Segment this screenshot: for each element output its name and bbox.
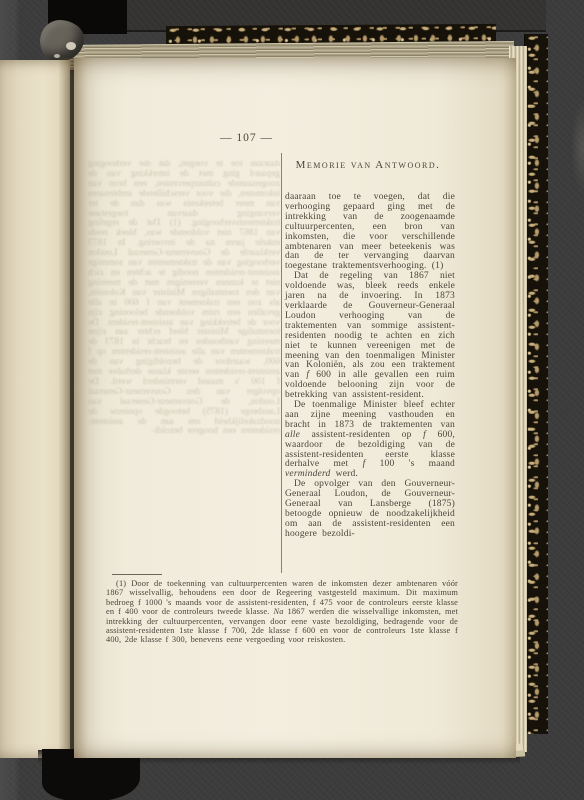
footnote-text: (1) Door de toekenning van cultuurpercen…: [106, 579, 458, 645]
bleedthrough-texture: daaraan toe te voegen, dat die verhoogin…: [88, 160, 280, 570]
paragraph: Dat de regeling van 1867 niet voldoende …: [285, 272, 455, 401]
running-header: Memorie van Antwoord.: [288, 159, 448, 171]
scanned-book-photo: daaraan toe te voegen, dat die verhoogin…: [0, 0, 584, 800]
scanned-page: daaraan toe te voegen, dat die verhoogin…: [74, 58, 516, 758]
footnote-separator: [112, 574, 162, 575]
paragraph: daaraan toe te voegen, dat die verhoogin…: [285, 193, 455, 272]
page-number: — 107 —: [174, 132, 319, 144]
paragraph: De opvolger van den Gouverneur-Generaal …: [285, 480, 455, 539]
scanner-glare: [571, 100, 584, 195]
paragraph: De toenmalige Minister bleef echter aan …: [285, 401, 455, 480]
body-text: daaraan toe te voegen, dat die verhoogin…: [285, 193, 455, 540]
column-divider: [281, 153, 282, 573]
book-cover-right-edge: [524, 34, 548, 734]
